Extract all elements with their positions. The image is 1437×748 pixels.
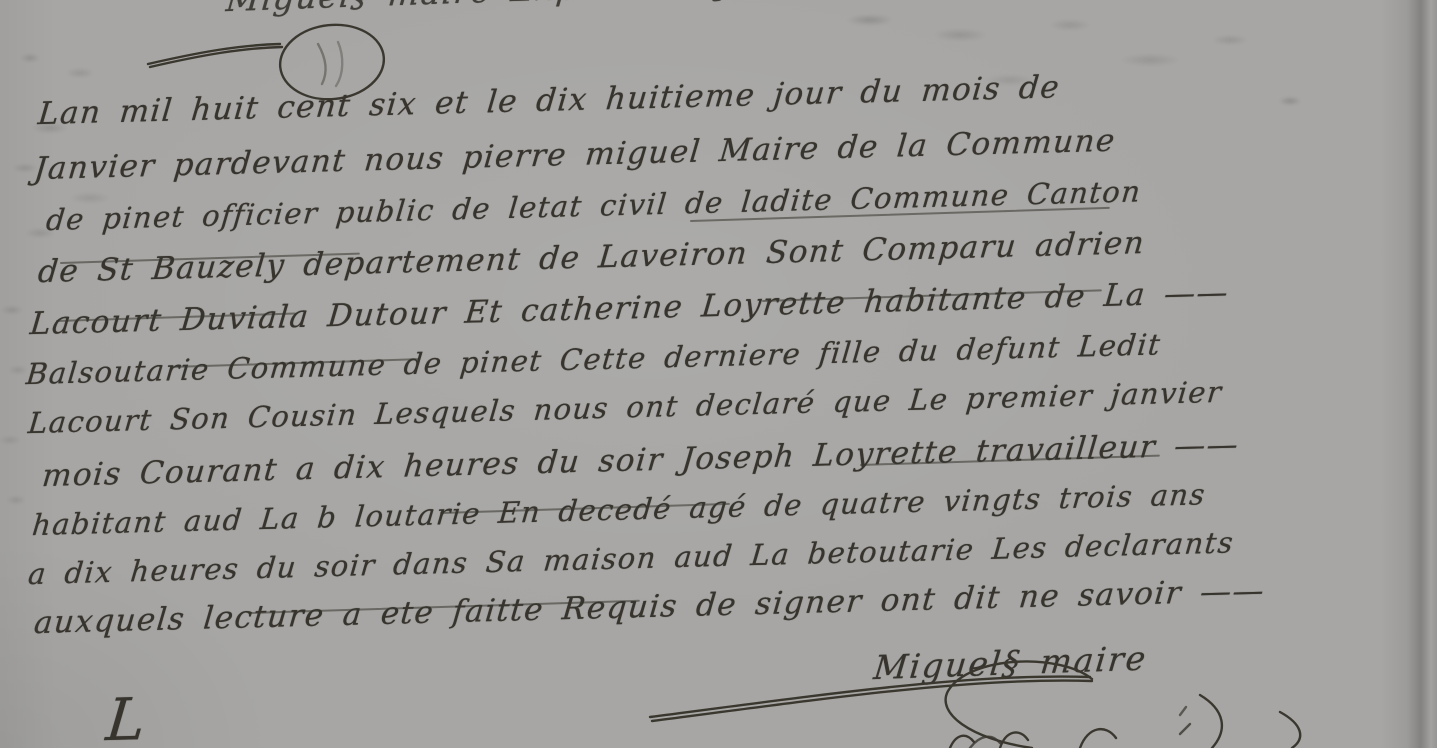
next-act-initial-fragment: L <box>103 685 149 748</box>
bleedthrough-dot <box>1270 92 1310 110</box>
next-act-letter-fragments <box>930 710 1350 748</box>
scanned-register-page: Miguel§ maire Exp éternoy Lan mil huit c… <box>0 0 1437 748</box>
page-edge-shadow <box>1407 0 1437 748</box>
